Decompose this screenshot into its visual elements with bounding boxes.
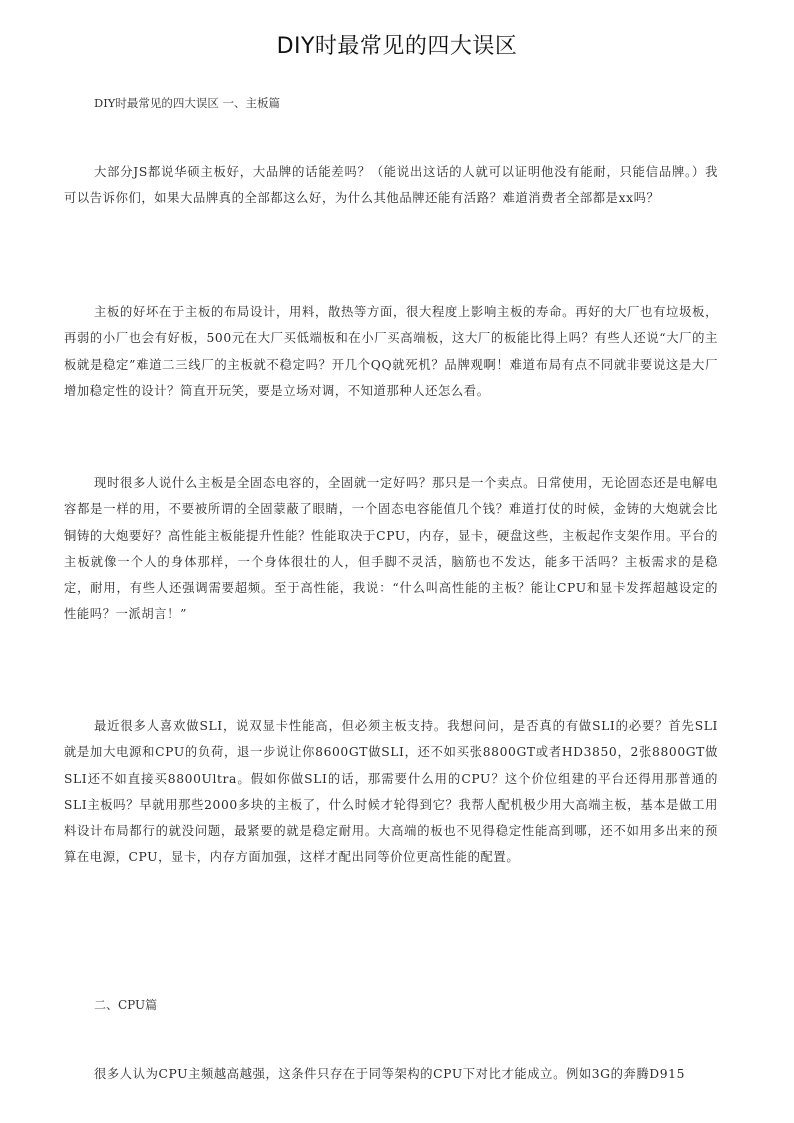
paragraph-4: 最近很多人喜欢做SLI，说双显卡性能高，但必须主板支持。我想问问，是否真的有做S… (64, 713, 718, 871)
paragraph-2: 主板的好坏在于主板的布局设计，用料，散热等方面，很大程度上影响主板的寿命。再好的… (64, 299, 718, 404)
document-page: DIY时最常见的四大误区 DIY时最常见的四大误区 一、主板篇 大部分JS都说华… (0, 0, 794, 1123)
paragraph-3: 现时很多人说什么主板是全固态电容的，全固就一定好吗？那只是一个卖点。日常使用，无… (64, 470, 718, 628)
section-1-heading: DIY时最常见的四大误区 一、主板篇 (94, 94, 280, 112)
section-2-heading: 二、CPU篇 (94, 995, 157, 1015)
paragraph-5: 很多人认为CPU主频越高越强，这条件只存在于同等架构的CPU下对比才能成立。例如… (64, 1061, 718, 1087)
document-title: DIY时最常见的四大误区 (0, 30, 794, 64)
paragraph-1: 大部分JS都说华硕主板好，大品牌的话能差吗？（能说出这话的人就可以证明他没有能耐… (64, 159, 718, 212)
